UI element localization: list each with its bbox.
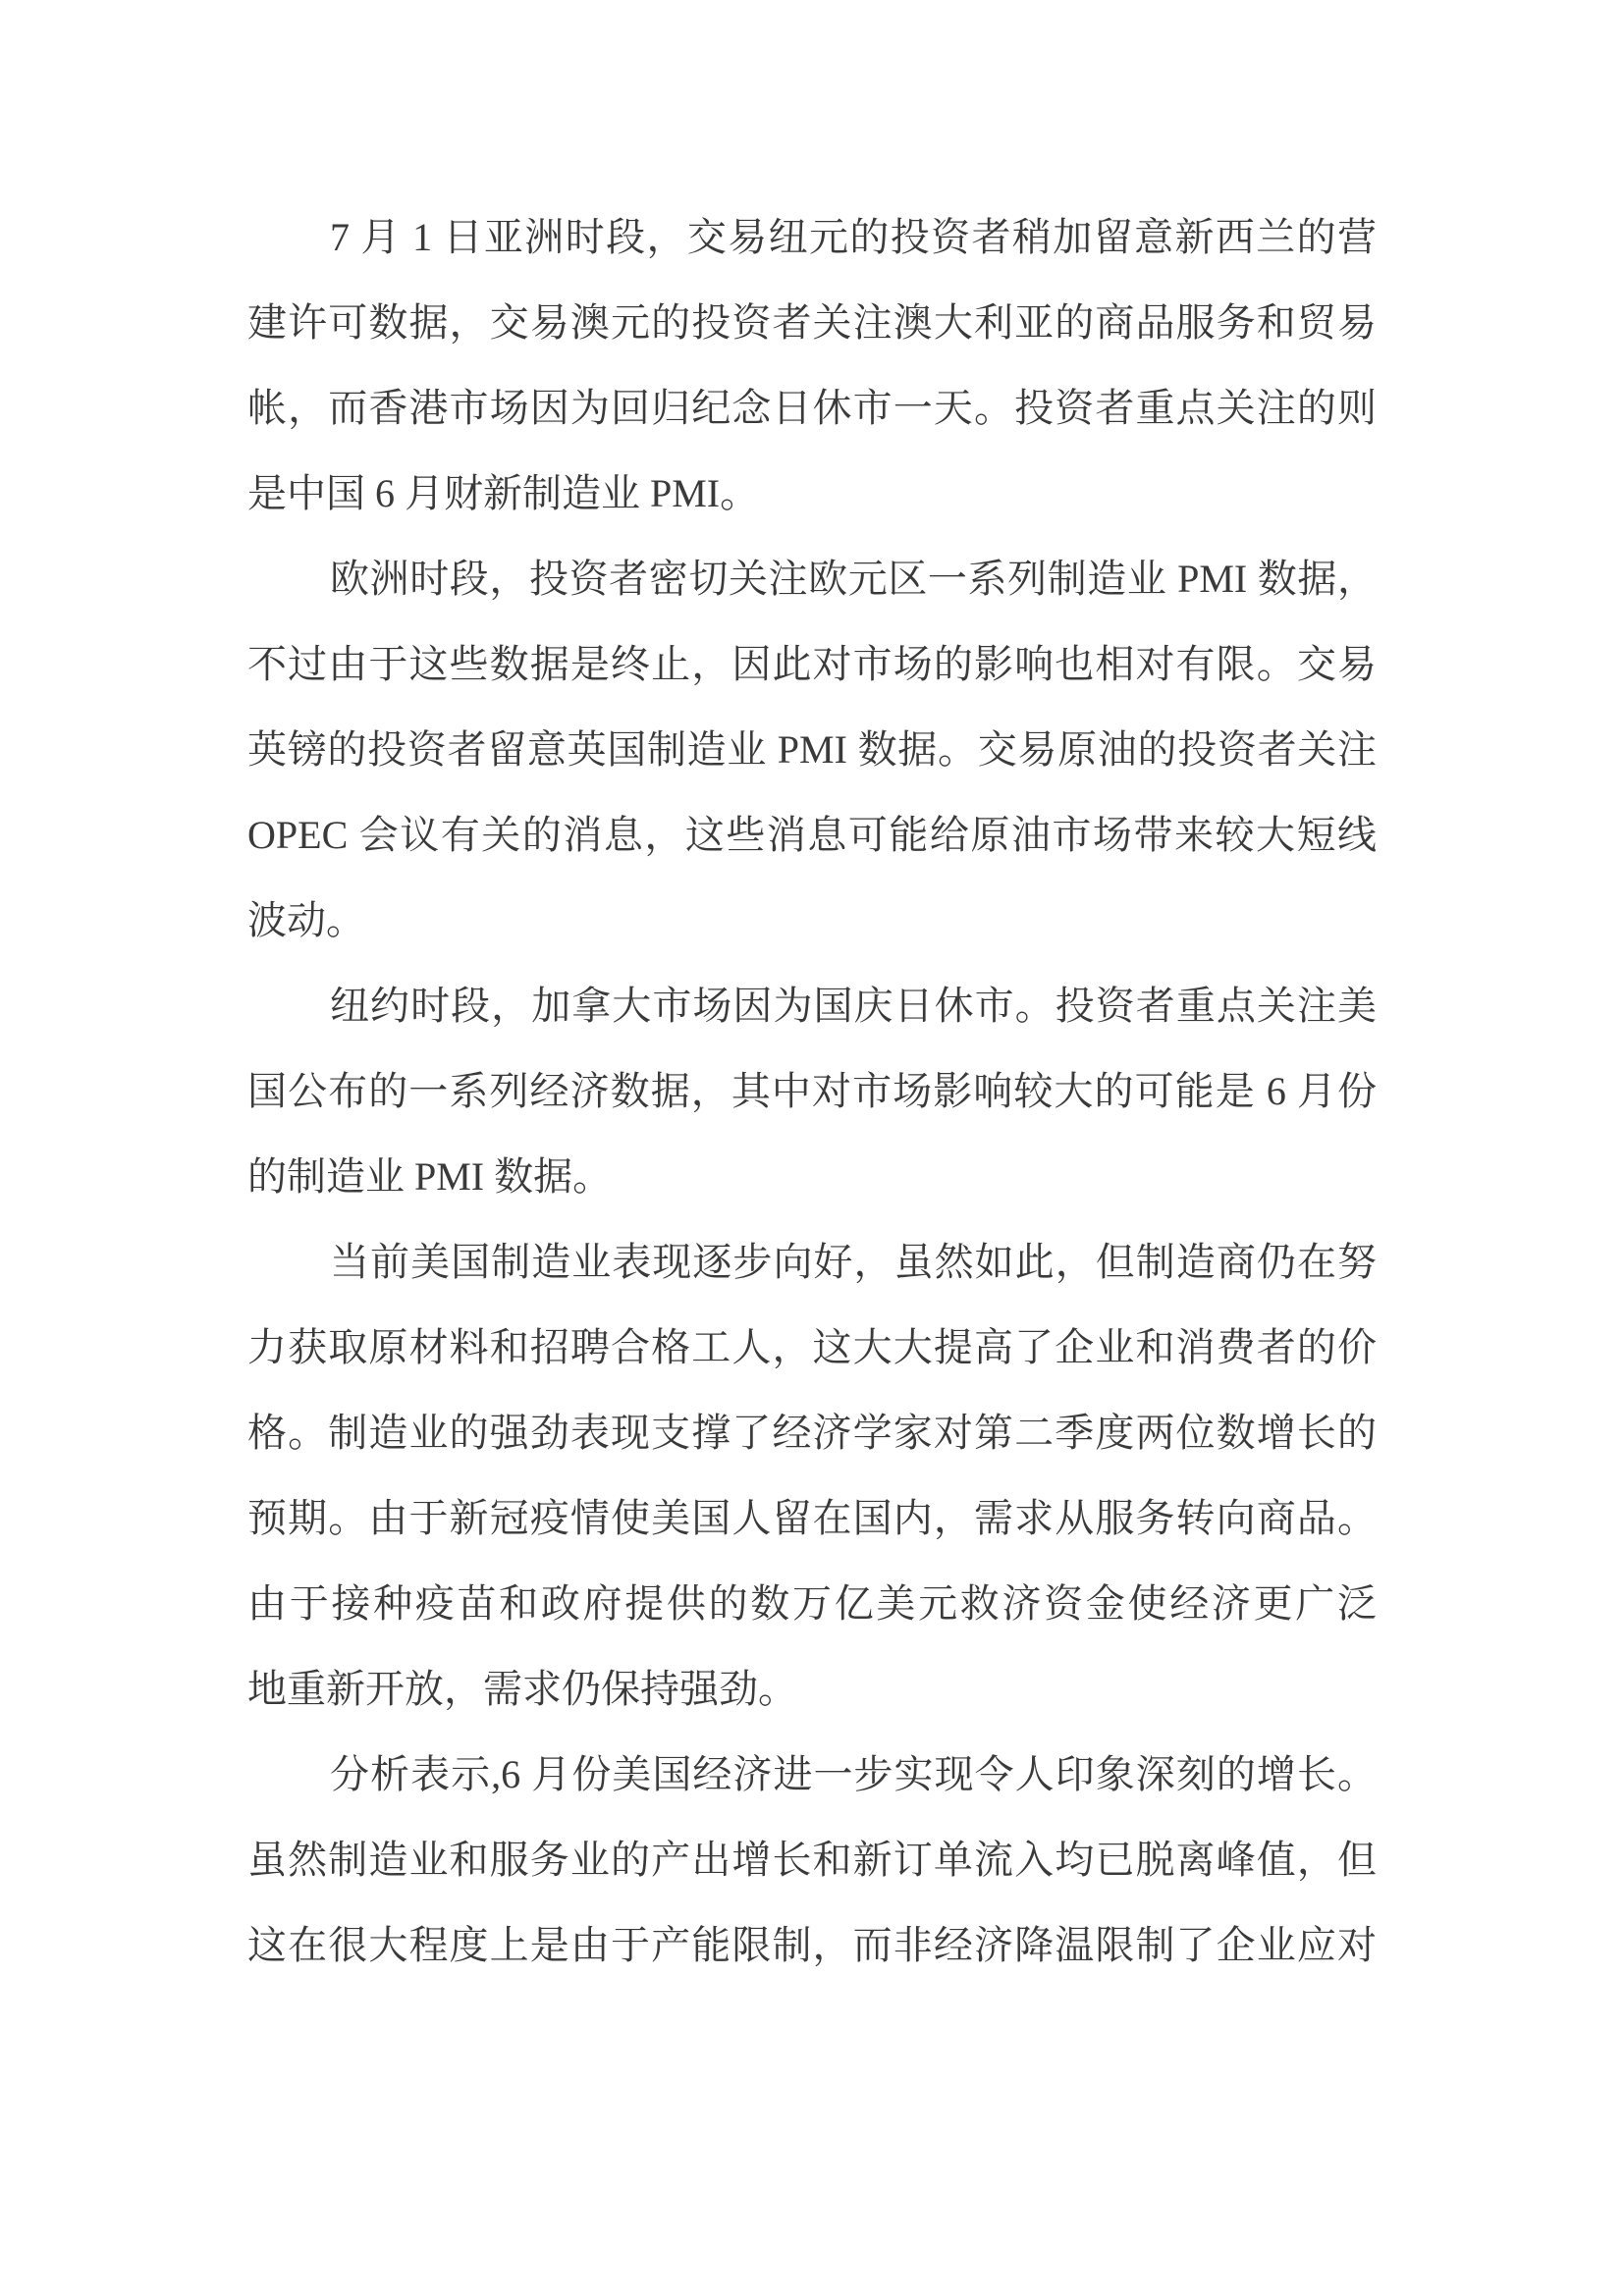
text-line: OPEC 会议有关的消息，这些消息可能给原油市场带来较大短线 (247, 792, 1377, 878)
paragraph: 欧洲时段，投资者密切关注欧元区一系列制造业 PMI 数据， 不过由于这些数据是终… (247, 536, 1377, 963)
text-line: 帐，而香港市场因为回归纪念日休市一天。投资者重点关注的则 (247, 365, 1377, 451)
text-line: 国公布的一系列经济数据，其中对市场影响较大的可能是 6 月份 (247, 1048, 1377, 1134)
text-line: 欧洲时段，投资者密切关注欧元区一系列制造业 PMI 数据， (247, 536, 1377, 621)
text-line: 纽约时段，加拿大市场因为国庆日休市。投资者重点关注美 (247, 963, 1377, 1048)
paragraph: 7 月 1 日亚洲时段，交易纽元的投资者稍加留意新西兰的营 建许可数据，交易澳元… (247, 194, 1377, 536)
document-body: 7 月 1 日亚洲时段，交易纽元的投资者稍加留意新西兰的营 建许可数据，交易澳元… (247, 194, 1377, 1988)
text-line: 格。制造业的强劲表现支撑了经济学家对第二季度两位数增长的 (247, 1390, 1377, 1475)
text-line: 地重新开放，需求仍保持强劲。 (247, 1646, 1377, 1732)
text-line: 建许可数据，交易澳元的投资者关注澳大利亚的商品服务和贸易 (247, 280, 1377, 365)
text-line: 的制造业 PMI 数据。 (247, 1134, 1377, 1219)
text-line: 是中国 6 月财新制造业 PMI。 (247, 451, 1377, 536)
text-line: 7 月 1 日亚洲时段，交易纽元的投资者稍加留意新西兰的营 (247, 194, 1377, 280)
text-line: 波动。 (247, 878, 1377, 963)
paragraph: 分析表示,6 月份美国经济进一步实现令人印象深刻的增长。 虽然制造业和服务业的产… (247, 1732, 1377, 1988)
text-line: 由于接种疫苗和政府提供的数万亿美元救济资金使经济更广泛 (247, 1561, 1377, 1646)
text-line: 力获取原材料和招聘合格工人，这大大提高了企业和消费者的价 (247, 1305, 1377, 1390)
document-page: 7 月 1 日亚洲时段，交易纽元的投资者稍加留意新西兰的营 建许可数据，交易澳元… (0, 0, 1624, 2296)
text-line: 预期。由于新冠疫情使美国人留在国内，需求从服务转向商品。 (247, 1475, 1377, 1561)
text-line: 不过由于这些数据是终止，因此对市场的影响也相对有限。交易 (247, 621, 1377, 707)
text-line: 英镑的投资者留意英国制造业 PMI 数据。交易原油的投资者关注 (247, 707, 1377, 792)
text-line: 当前美国制造业表现逐步向好，虽然如此，但制造商仍在努 (247, 1219, 1377, 1305)
paragraph: 当前美国制造业表现逐步向好，虽然如此，但制造商仍在努 力获取原材料和招聘合格工人… (247, 1219, 1377, 1732)
text-line: 分析表示,6 月份美国经济进一步实现令人印象深刻的增长。 (247, 1732, 1377, 1817)
text-line: 这在很大程度上是由于产能限制，而非经济降温限制了企业应对 (247, 1902, 1377, 1988)
text-line: 虽然制造业和服务业的产出增长和新订单流入均已脱离峰值，但 (247, 1817, 1377, 1902)
paragraph: 纽约时段，加拿大市场因为国庆日休市。投资者重点关注美 国公布的一系列经济数据，其… (247, 963, 1377, 1219)
